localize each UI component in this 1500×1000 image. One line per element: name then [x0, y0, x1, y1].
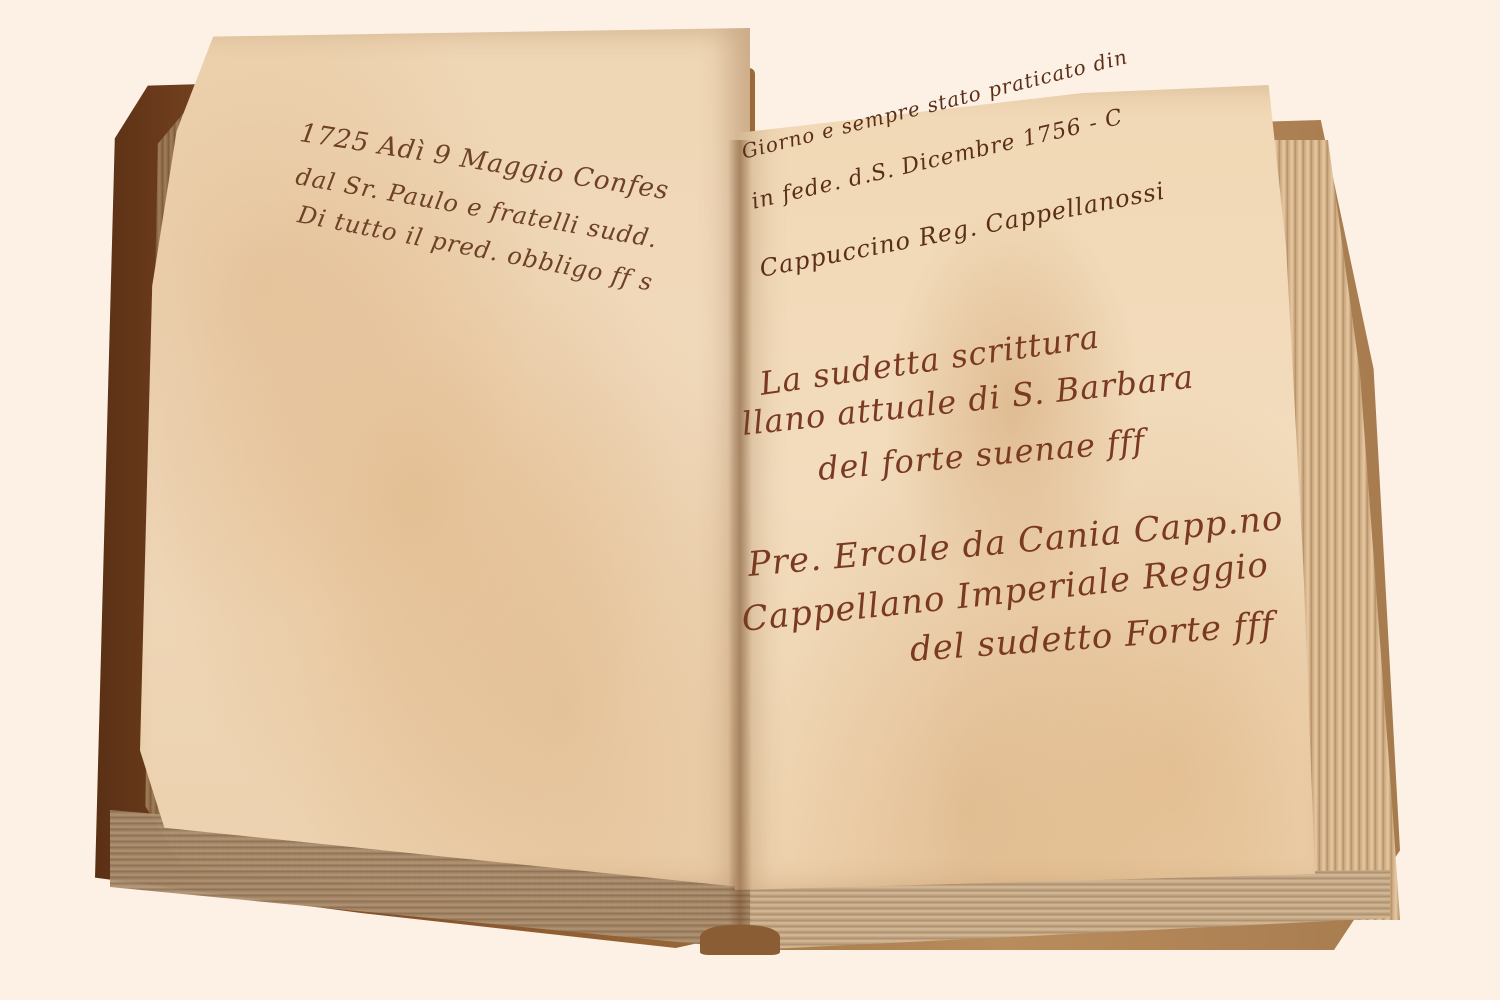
- book-spine: [700, 925, 780, 955]
- photo-scene: 1725 Adì 9 Maggio Confes dal Sr. Paulo e…: [0, 0, 1500, 1000]
- book-gutter: [728, 140, 752, 930]
